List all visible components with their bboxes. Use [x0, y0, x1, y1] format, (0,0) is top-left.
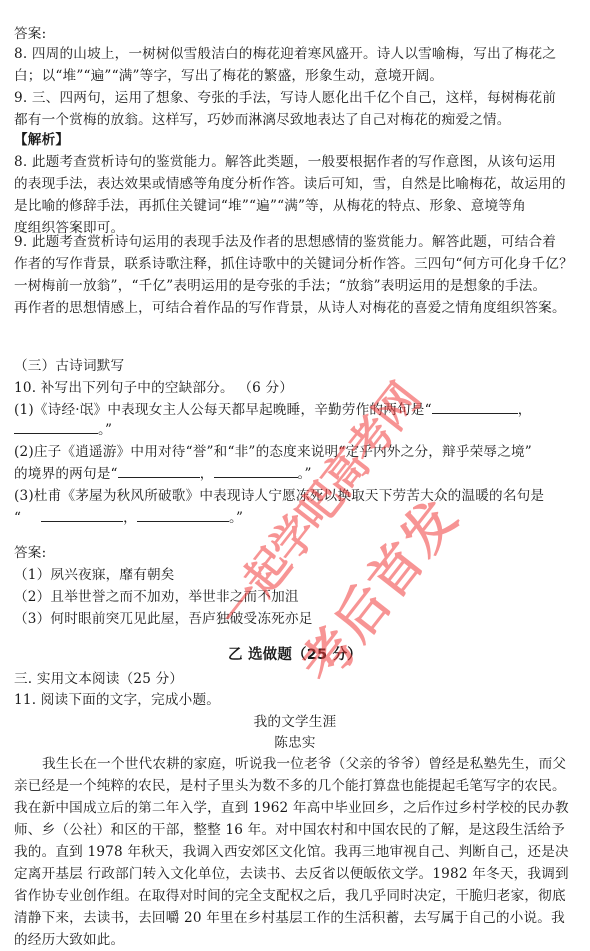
q10-title: 10. 补写出下列句子中的空缺部分。 （6 分）	[14, 378, 574, 398]
article-title: 我的文学生涯	[0, 712, 590, 732]
q9-analysis-line: 9. 此题考查赏析诗句运用的表现手法及作者的思想感情的鉴赏能力。解答此题，可结合…	[14, 232, 574, 252]
q9-analysis-line: 作者的写作背景，联系诗歌注释，抓住诗歌中的关键词分析作答。三四句“何方可化身千亿…	[14, 254, 574, 274]
poetry-section-heading: （三）古诗词默写	[14, 356, 574, 376]
q8-answer-line-2: 白；以“堆”“遍”“满”等字，写出了梅花的繁盛，形象生动，意境开阔。	[14, 66, 574, 86]
q9-answer-line-2: 都有一个赏梅的放翁。这样写，巧妙而淋漓尽致地表达了自己对梅花的痴爱之情。	[14, 110, 574, 130]
q10-item-3-line-1: (3)杜甫《茅屋为秋风所破歌》中表现诗人宁愿冻死以换取天下劳苦大众的温暖的名句是	[14, 486, 574, 506]
article-paragraph-line: 我的。直到 1978 年秋天，我调入西安郊区文化馆。我再三地审视自己、判断自己，…	[14, 842, 574, 862]
poetry-answer: （1）夙兴夜寐，靡有朝矣	[14, 565, 574, 585]
q10-item-2-line-1: (2)庄子《逍遥游》中用对待“誉”和“非”的态度来说明“定乎内外之分，辩乎荣辱之…	[14, 442, 574, 462]
q9-analysis-line: 一树梅前一放翁”，“千亿”表明运用的是夸张的手法；“放翁”表明运用的是想象的手法…	[14, 276, 574, 296]
blank-field[interactable]	[118, 465, 200, 478]
practical-reading-heading: 三. 实用文本阅读（25 分）	[14, 669, 574, 689]
q10-item-1-line-1: (1)《诗经·氓》中表现女主人公每天都早起晚睡，辛勤劳作的两句是“，	[14, 400, 574, 420]
article-paragraph-line: 师、乡（公社）和区的干部，整整 16 年。对中国农村和中国农民的了解，是这段生活…	[14, 820, 574, 840]
document-page: 答案: 8. 四周的山坡上，一树树似雪般洁白的梅花迎着寒风盛开。诗人以雪喻梅，写…	[0, 0, 590, 951]
article-paragraph-line: 省作协专业创作组。在取得对时间的完全支配权之后，我几乎同时决定，干脆归老家，彻底	[14, 886, 574, 906]
optional-section-heading: 乙 选做题（25 分）	[0, 645, 590, 665]
q10-item-1-line-2: 。”	[14, 420, 574, 440]
q9-answer-line-1: 9. 三、四两句，运用了想象、夸张的手法，写诗人愿化出千亿个自己，这样，每树梅花…	[14, 88, 574, 108]
analysis-label: 【解析】	[14, 130, 574, 150]
article-paragraph-line: 我在新中国成立后的第二年入学，直到 1962 年高中毕业回乡，之后作过乡村学校的…	[14, 798, 574, 818]
blank-field[interactable]	[41, 509, 123, 522]
q10-item-2-line-2: 的境界的两句是“，。”	[14, 464, 574, 484]
blank-field[interactable]	[214, 465, 298, 478]
poetry-answer: （2）且举世誉之而不加劝，举世非之而不加沮	[14, 587, 574, 607]
article-paragraph-line: 的经历大致如此。	[14, 930, 574, 950]
poetry-answer-label: 答案:	[14, 543, 574, 563]
q8-analysis-line: 8. 此题考查赏析诗句的鉴赏能力。解答此类题，一般要根据作者的写作意图，从该句运…	[14, 152, 574, 172]
article-author: 陈忠实	[0, 733, 590, 753]
q10-item-3-line-2: “，。”	[14, 508, 574, 528]
article-paragraph-line: 我生长在一个世代农耕的家庭，听说我一位老爷（父亲的爷爷）曾经是私塾先生，而父	[42, 754, 572, 774]
answer-label: 答案:	[14, 24, 574, 44]
q8-answer-line-1: 8. 四周的山坡上，一树树似雪般洁白的梅花迎着寒风盛开。诗人以雪喻梅，写出了梅花…	[14, 44, 574, 64]
q9-analysis-line: 再作者的思想情感上，可结合着作品的写作背景，从诗人对梅花的喜爱之情角度组织答案。	[14, 298, 574, 318]
q11-title: 11. 阅读下面的文字，完成小题。	[14, 690, 574, 710]
blank-field[interactable]	[432, 401, 518, 414]
article-paragraph-line: 亲已经是一个纯粹的农民，是村子里头为数不多的几个能打算盘也能提起毛笔写字的农民。	[14, 776, 574, 796]
q8-analysis-line: 的表现手法，表达效果或情感等角度分析作答。读后可知，雪，自然是比喻梅花，故运用的	[14, 174, 574, 194]
q10-item-1-prompt: (1)《诗经·氓》中表现女主人公每天都早起晚睡，辛勤劳作的两句是“	[14, 402, 432, 418]
poetry-answer: （3）何时眼前突兀见此屋，吾庐独破受冻死亦足	[14, 609, 574, 629]
article-paragraph-line: 定离开基层 行政部门转入文化单位，去读书、去反省以便皈依文学。1982 年冬天，…	[14, 864, 574, 884]
q8-analysis-line: 是比喻的修辞手法，再抓住关键词“堆”“遍”“满”等，从梅花的特点、形象、意境等角	[14, 196, 574, 216]
article-paragraph-line: 清静下来，去读书，去回嚼 20 年里在乡村基层工作的生活积蓄，去写属于自己的小说…	[14, 908, 574, 928]
blank-field[interactable]	[14, 421, 98, 434]
blank-field[interactable]	[137, 509, 229, 522]
